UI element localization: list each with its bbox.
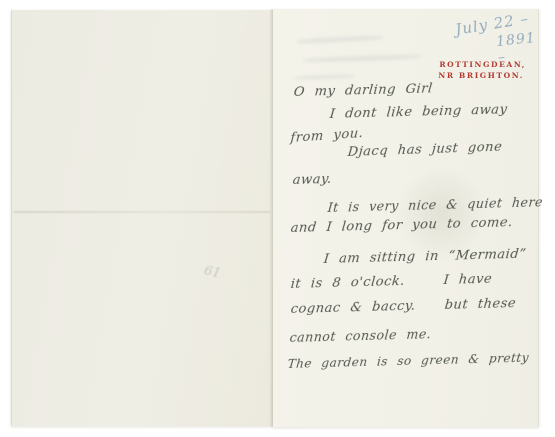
letterhead-place: ROTTINGDEAN, <box>438 59 526 70</box>
handwriting-line: I am sitting in “Mermaid” <box>323 247 527 267</box>
letter-right-page: July 22 – 1891 – ROTTINGDEAN, NR BRIGHTO… <box>273 9 539 427</box>
letterhead-region: NR BRIGHTON. <box>438 70 526 81</box>
handwriting-line: it is 8 o'clock. I have <box>290 272 493 292</box>
faint-pencil-smudge <box>303 54 421 63</box>
faint-pencil-smudge <box>295 74 355 80</box>
handwriting-line: It is very nice & quiet here <box>327 194 544 215</box>
handwriting-line: Djacq has just gone <box>347 140 503 160</box>
handwriting-line: The garden is so green & pretty <box>287 351 530 371</box>
handwriting-line: cannot console me. <box>289 326 432 345</box>
faint-pencil-smudge <box>297 35 383 44</box>
fold-crease-horizontal <box>14 211 270 213</box>
handwriting-line: O my darling Girl <box>293 81 433 100</box>
handwriting-line: cognac & baccy. but these <box>290 296 517 317</box>
pencil-catalogue-mark: 61 <box>202 263 222 282</box>
letter-left-page: 61 <box>11 10 274 426</box>
handwriting-line: away. <box>292 172 332 188</box>
printed-letterhead: ROTTINGDEAN, NR BRIGHTON. <box>438 59 526 81</box>
letter-photograph: 61 July 22 – 1891 – ROTTINGDEAN, NR BRIG… <box>0 0 555 437</box>
handwriting-line: from you. <box>290 126 364 146</box>
handwriting-line: I dont like being away <box>329 102 508 122</box>
